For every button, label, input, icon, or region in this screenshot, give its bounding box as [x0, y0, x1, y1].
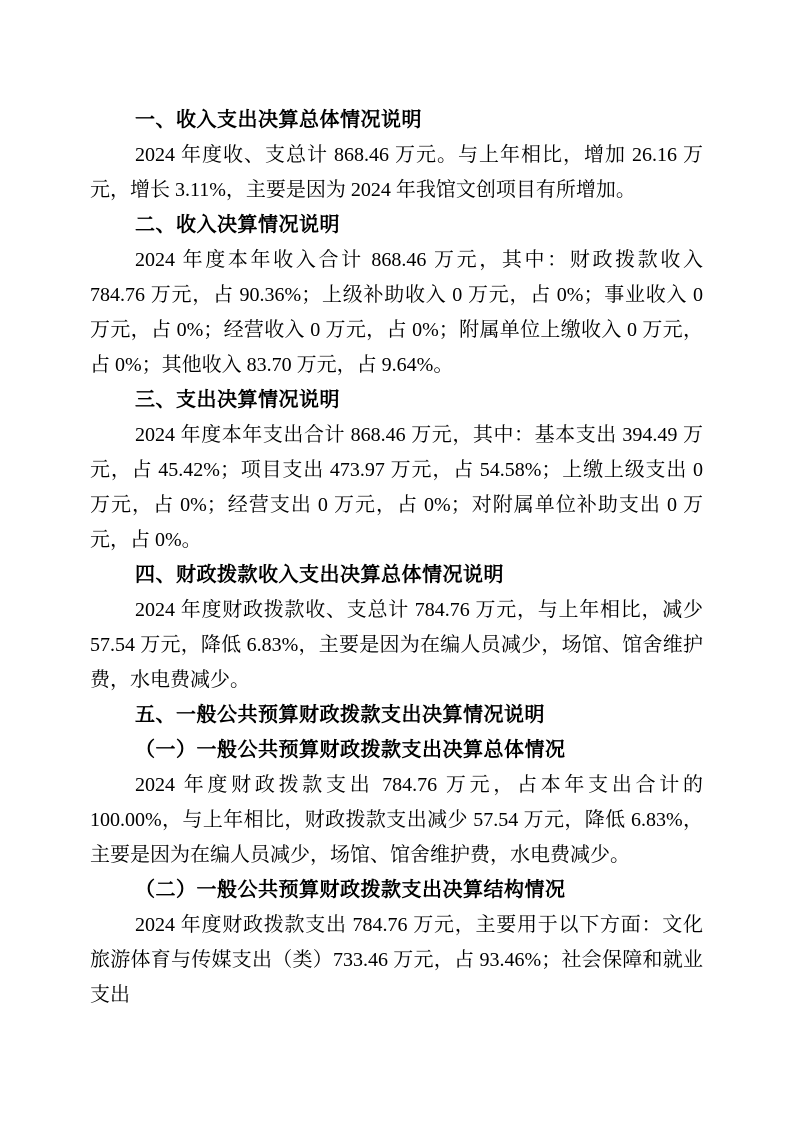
section-4-heading: 四、财政拨款收入支出决算总体情况说明 — [90, 558, 703, 593]
section-2-heading: 二、收入决算情况说明 — [90, 208, 703, 243]
section-5-heading: 五、一般公共预算财政拨款支出决算情况说明 — [90, 698, 703, 733]
document-page: 一、收入支出决算总体情况说明 2024 年度收、支总计 868.46 万元。与上… — [0, 0, 793, 1122]
section-3-paragraph: 2024 年度本年支出合计 868.46 万元，其中：基本支出 394.49 万… — [90, 418, 703, 558]
section-5-subheading-2: （二）一般公共预算财政拨款支出决算结构情况 — [90, 873, 703, 908]
section-4-paragraph: 2024 年度财政拨款收、支总计 784.76 万元，与上年相比，减少 57.5… — [90, 593, 703, 698]
section-1-heading: 一、收入支出决算总体情况说明 — [90, 103, 703, 138]
section-3-heading: 三、支出决算情况说明 — [90, 383, 703, 418]
section-5-subsection-2-paragraph: 2024 年度财政拨款支出 784.76 万元，主要用于以下方面：文化旅游体育与… — [90, 908, 703, 1013]
section-5-subheading-1: （一）一般公共预算财政拨款支出决算总体情况 — [90, 733, 703, 768]
section-2-paragraph: 2024 年度本年收入合计 868.46 万元，其中：财政拨款收入 784.76… — [90, 243, 703, 383]
section-5-subsection-1-paragraph: 2024 年度财政拨款支出 784.76 万元，占本年支出合计的 100.00%… — [90, 768, 703, 873]
section-1-paragraph: 2024 年度收、支总计 868.46 万元。与上年相比，增加 26.16 万元… — [90, 138, 703, 208]
